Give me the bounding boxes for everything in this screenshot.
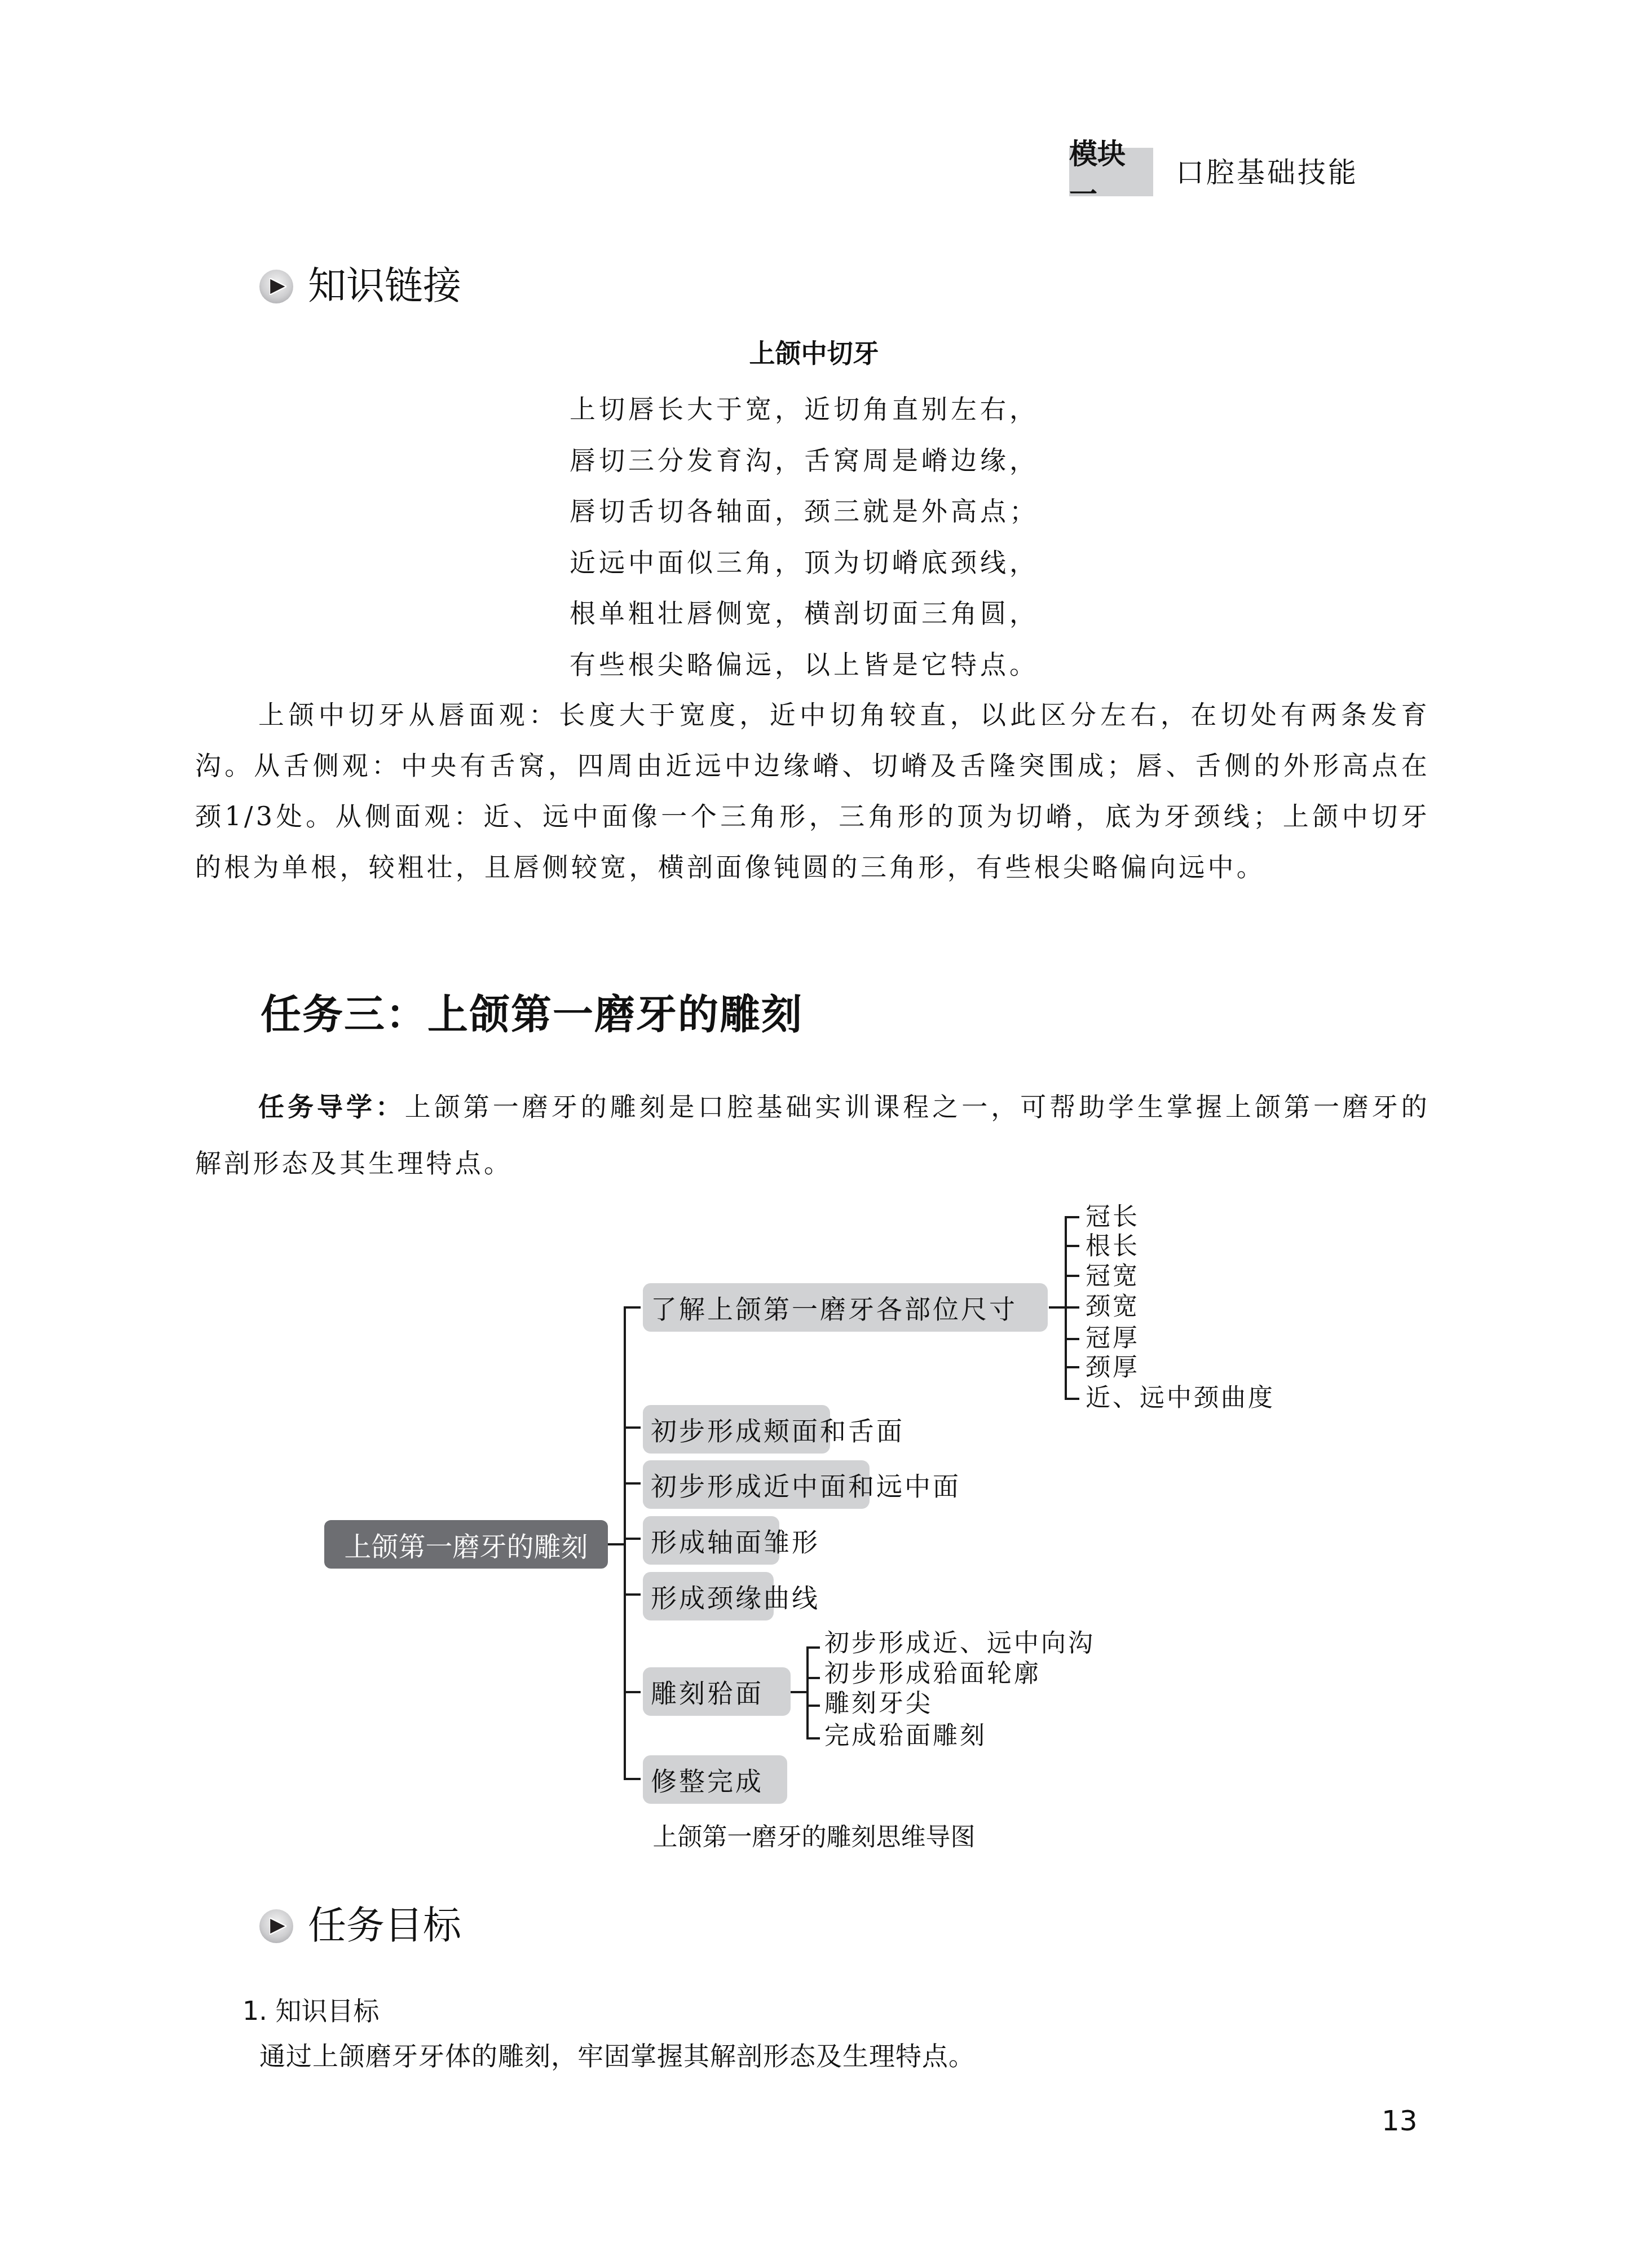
mindmap-leaf: 冠宽 [1086,1262,1140,1291]
section-title: 任务目标 [308,1904,461,1949]
mindmap-leaf: 颈厚 [1086,1353,1140,1382]
module-title: 口腔基础技能 [1176,151,1358,194]
connector-line [624,1691,641,1693]
connector-line [1065,1216,1079,1218]
connector-line [624,1482,641,1485]
guide-label: 任务导学： [258,1091,405,1122]
section-heading-objectives: 任务目标 [259,1904,461,1949]
mindmap-branch: 形成颈缘曲线 [643,1572,774,1620]
connector-line [624,1306,641,1309]
mindmap-branch: 初步形成颊面和舌面 [643,1405,830,1454]
task-guide: 任务导学：上颌第一磨牙的雕刻是口腔基础实训课程之一，可帮助学生掌握上颌第一磨牙的… [195,1078,1430,1191]
bracket-line [806,1646,809,1739]
objective-heading: 1. 知识目标 [242,1994,380,2028]
poem-line: 唇切三分发育沟，舌窝周是嵴边缘， [570,435,1039,486]
connector-line [1065,1366,1079,1368]
connector-line [791,1691,808,1693]
mindmap-leaf: 根长 [1086,1232,1140,1261]
mindmap-branch: 形成轴面雏形 [643,1516,779,1565]
mindmap-leaf: 雕刻牙尖 [824,1689,933,1719]
connector-line [1065,1398,1079,1400]
mindmap-leaf: 初步形成近、远中向沟 [824,1629,1095,1658]
objective-text: 通过上颌磨牙牙体的雕刻，牢固掌握其解剖形态及生理特点。 [259,2039,975,2073]
mindmap-leaf: 完成𬌗面雕刻 [824,1721,987,1751]
connector-line [1065,1306,1079,1309]
figure-caption: 上颌第一磨牙的雕刻思维导图 [0,1821,1628,1855]
connector-line [1065,1338,1079,1340]
section-heading-knowledge-link: 知识链接 [259,264,461,309]
poem-line: 唇切舌切各轴面，颈三就是外高点； [570,486,1039,537]
connector-line [806,1705,820,1707]
mindmap-leaf: 颈宽 [1086,1292,1140,1322]
poem-line: 有些根尖略偏远，以上皆是它特点。 [570,639,1039,690]
connector-line [624,1593,641,1596]
section-title: 知识链接 [308,264,461,309]
mindmap-leaf: 冠厚 [1086,1324,1140,1353]
connector-line [608,1543,625,1545]
knowledge-paragraph: 上颌中切牙从唇面观：长度大于宽度，近中切角较直，以此区分左右，在切处有两条发育沟… [195,689,1430,892]
task-title: 任务三：上颌第一磨牙的雕刻 [261,986,803,1042]
mindmap-root: 上颌第一磨牙的雕刻 [324,1520,608,1569]
poem-line: 根单粗壮唇侧宽，横剖切面三角圆， [570,588,1039,639]
connector-line [1065,1275,1079,1277]
mindmap-branch: 初步形成近中面和远中面 [643,1460,870,1509]
mindmap-leaf: 冠长 [1086,1203,1140,1232]
mindmap-branch: 雕刻𬌗面 [643,1667,791,1716]
mindmap-branch: 修整完成 [643,1755,787,1804]
poem-line: 近远中面似三角，顶为切嵴底颈线， [570,537,1039,588]
mindmap-leaf: 近、远中颈曲度 [1086,1384,1275,1413]
poem-line: 上切唇长大于宽，近切角直别左右， [570,384,1039,435]
connector-line [806,1677,820,1679]
connector-line [1065,1245,1079,1247]
poem: 上切唇长大于宽，近切角直别左右， 唇切三分发育沟，舌窝周是嵴边缘， 唇切舌切各轴… [570,384,1039,690]
play-icon [259,1909,293,1943]
connector-line [806,1646,820,1649]
connector-line [624,1538,641,1540]
connector-line [624,1426,641,1429]
poem-title: 上颌中切牙 [0,336,1628,370]
connector-line [624,1778,641,1780]
mindmap-branch: 了解上颌第一磨牙各部位尺寸 [643,1283,1048,1332]
module-badge: 模块一 [1069,148,1153,196]
page-number: 13 [1382,2104,1418,2138]
connector-line [806,1737,820,1739]
play-icon [259,270,293,303]
connector-line [1049,1306,1066,1309]
trunk-line [624,1306,626,1780]
mindmap-leaf: 初步形成𬌗面轮廓 [824,1659,1041,1689]
